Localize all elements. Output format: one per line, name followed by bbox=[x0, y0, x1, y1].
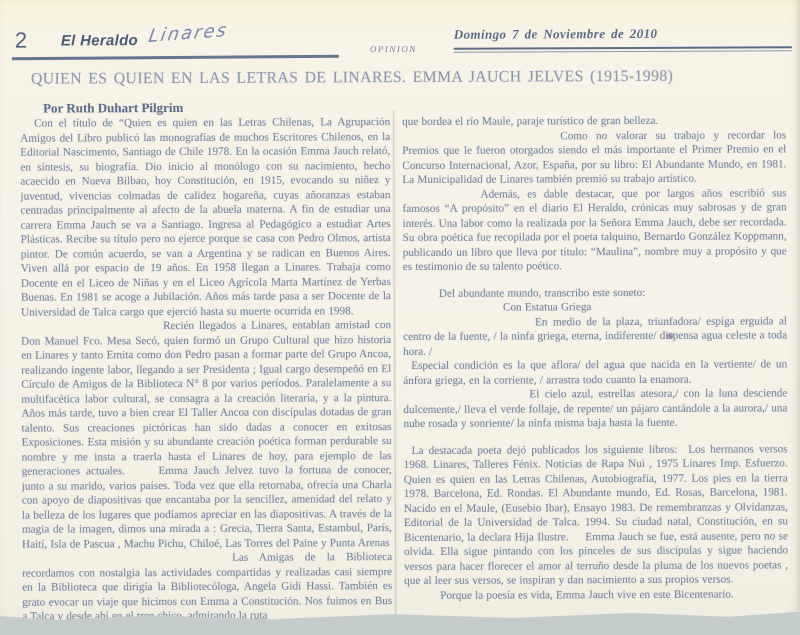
scanned-newspaper-page: 2 El Heraldo Linares OPINION Domingo 7 d… bbox=[0, 0, 800, 628]
issue-date: Domingo 7 de Noviembre de 2010 bbox=[454, 25, 754, 42]
article-column-right: que bordea el río Maule, paraje turístic… bbox=[402, 113, 788, 623]
newspaper-masthead: El Heraldo bbox=[61, 32, 138, 49]
header-rule-left bbox=[12, 55, 339, 61]
section-label: OPINION bbox=[370, 44, 417, 54]
handwritten-note: Linares bbox=[147, 20, 230, 47]
soneto-stanza: Especial condición es la que aflora/ del… bbox=[403, 357, 787, 388]
article-paragraph: La destacada poeta dejó publicados los s… bbox=[404, 442, 789, 589]
article-column-left: Con el título de “Quien es quien en las … bbox=[20, 115, 392, 625]
soneto-title: Con Estatua Griega bbox=[403, 299, 787, 315]
article-headline: QUIEN ES QUIEN EN LAS LETRAS DE LINARES.… bbox=[31, 67, 776, 88]
article-paragraph: Como no valorar su trabajo y recordar lo… bbox=[402, 128, 786, 188]
article-closing-line: Porque la poesía es vida, Emma Jauch viv… bbox=[404, 587, 788, 603]
soneto-stanza: El cielo azul, estrellas atesora,/ con l… bbox=[403, 386, 787, 431]
article-paragraph: Además, es dable destacar, que por largo… bbox=[402, 186, 786, 275]
article-paragraph: que bordea el río Maule, paraje turístic… bbox=[402, 113, 786, 129]
column-divider bbox=[393, 110, 396, 620]
soneto-intro: Del abundante mundo, transcribo este son… bbox=[403, 285, 787, 301]
article-paragraph: Con el título de “Quien es quien en las … bbox=[20, 115, 391, 320]
header-rule-right bbox=[454, 46, 792, 52]
article-paragraph: Recién llegados a Linares, entablan amis… bbox=[21, 318, 392, 552]
soneto-stanza: En medio de la plaza, triunfadora/ espig… bbox=[403, 314, 787, 359]
page-number: 2 bbox=[15, 28, 27, 54]
article-paragraph: Las Amigas de la Biblioteca recordamos c… bbox=[22, 550, 392, 624]
article-byline: Por Ruth Duhart Pilgrim bbox=[43, 100, 183, 117]
